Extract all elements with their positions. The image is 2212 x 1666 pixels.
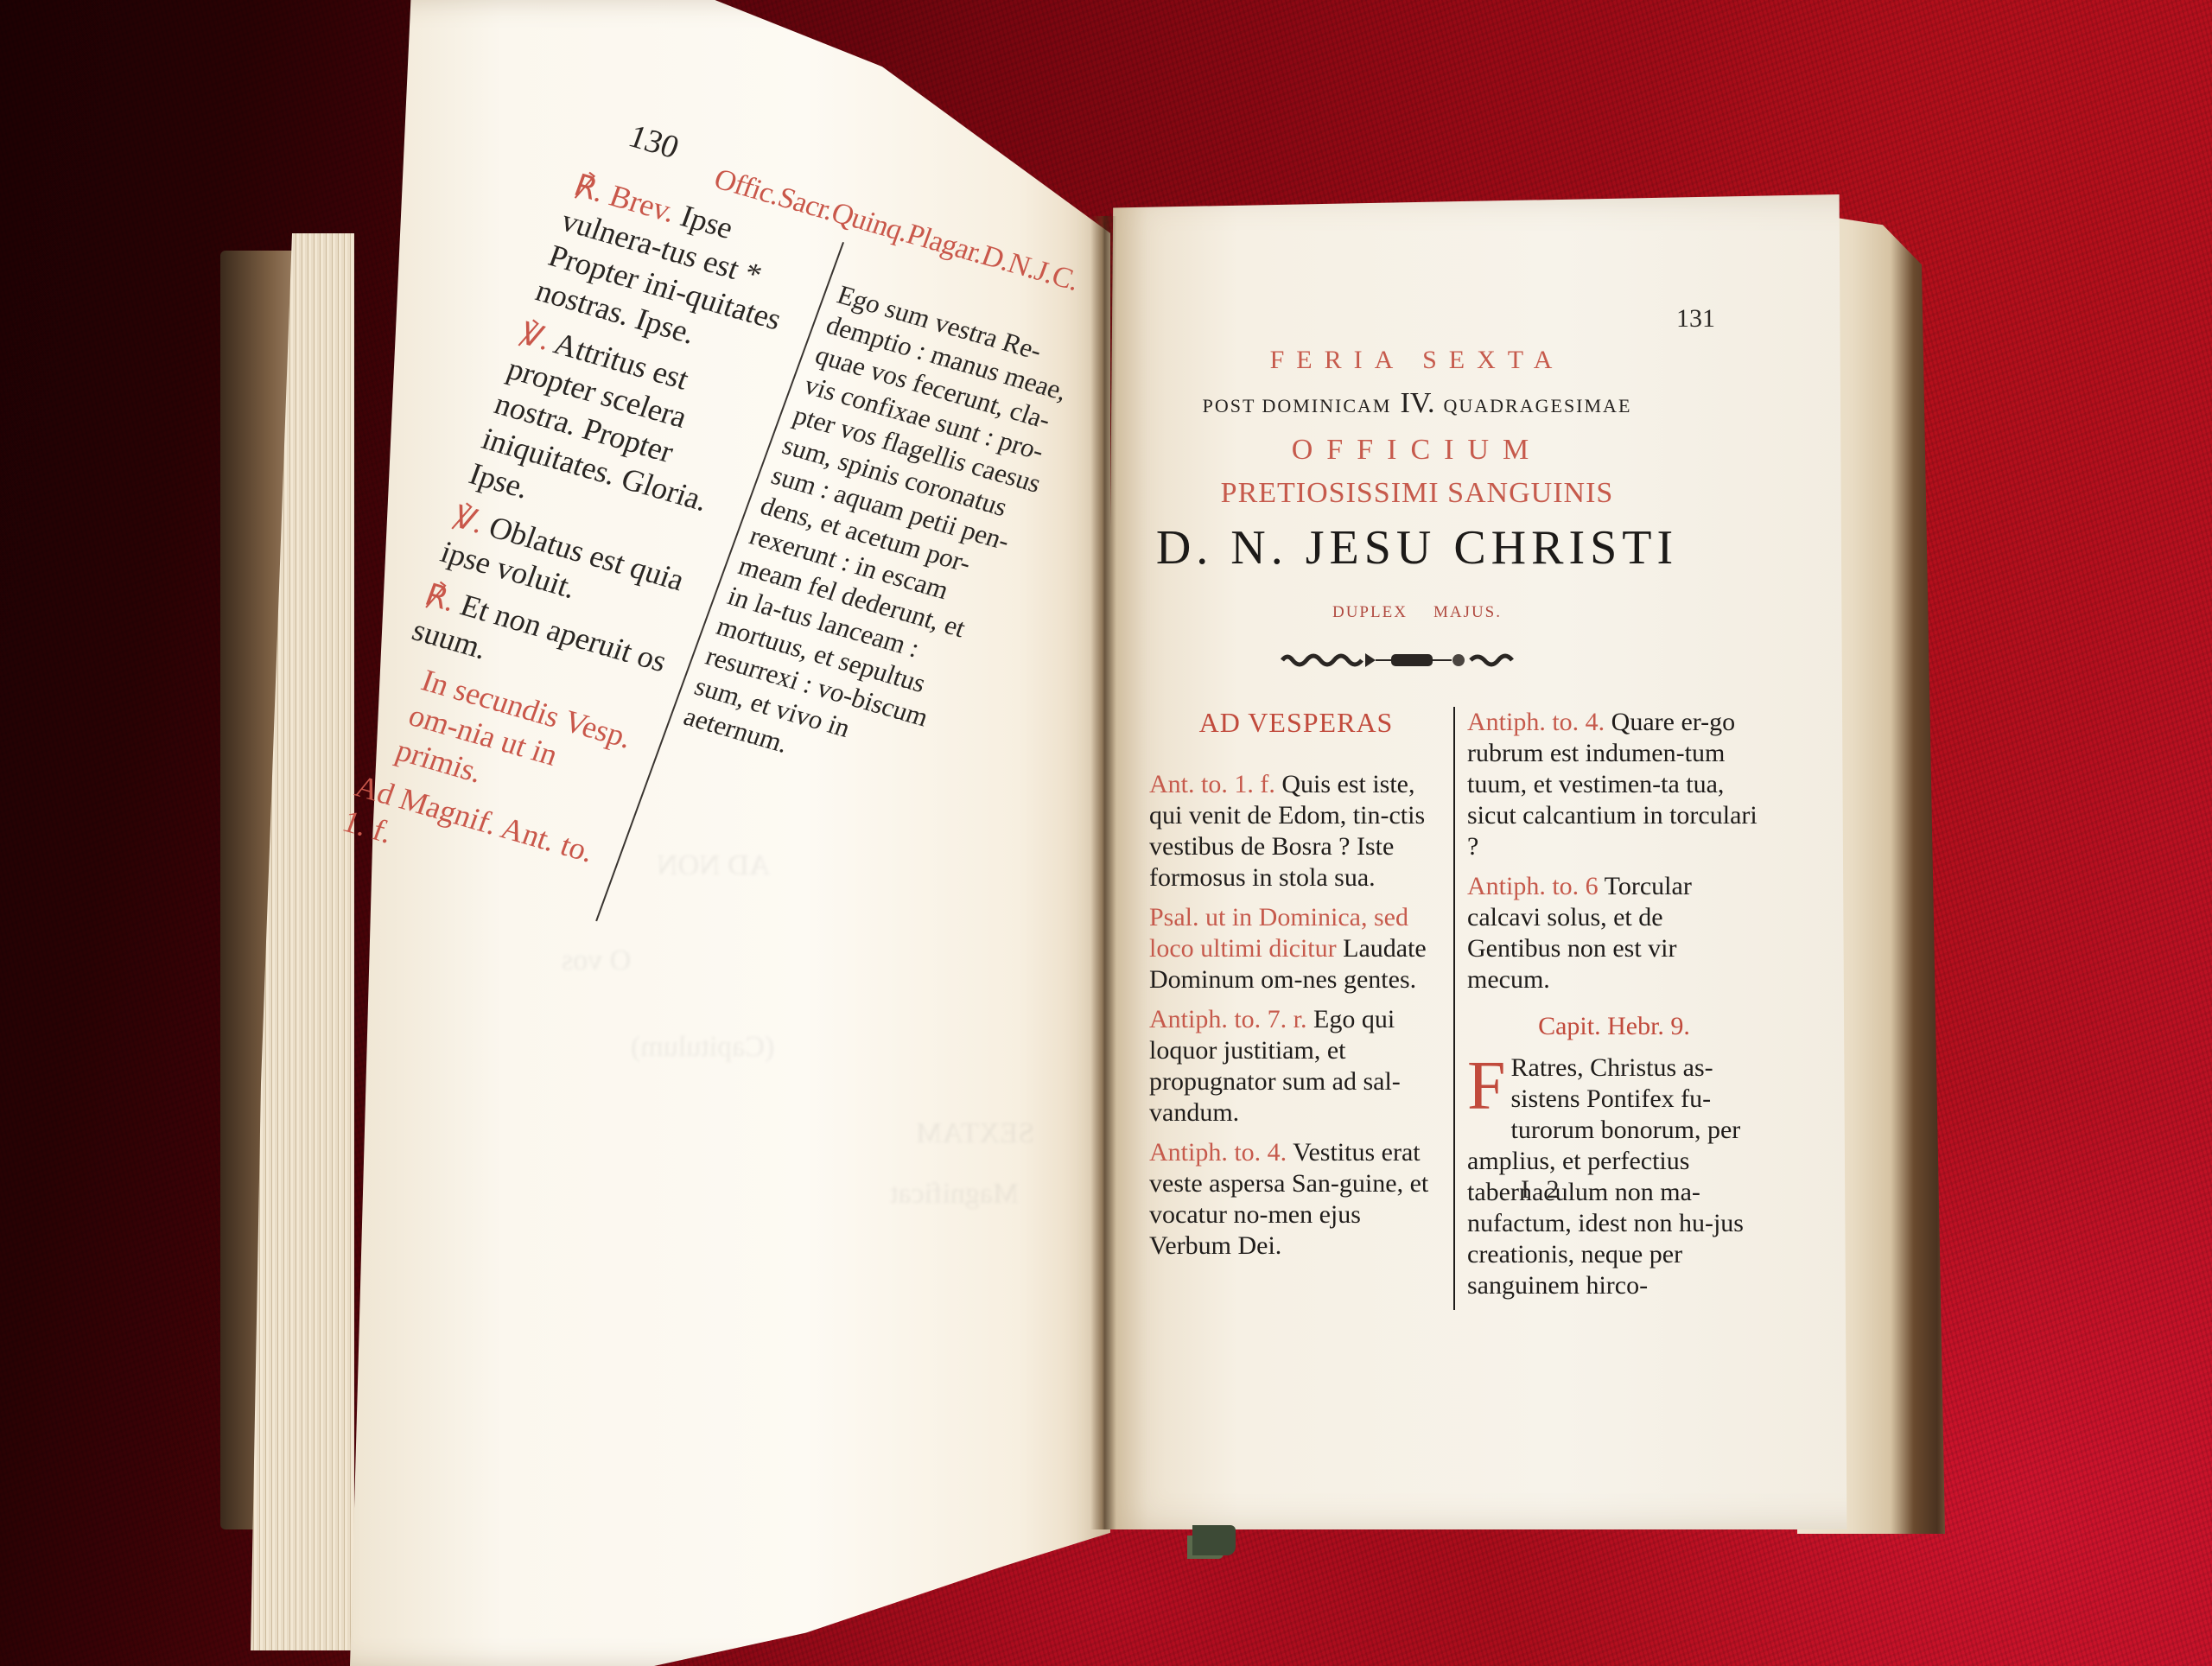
bleed-through-text: SEXTAM xyxy=(916,1115,1034,1153)
bleed-through-text: Magnificat xyxy=(890,1175,1019,1213)
capitulum-text: Ratres, Christus as-sistens Pontifex fu-… xyxy=(1467,1053,1744,1300)
bleed-through-text: (Capitulum) xyxy=(631,1028,774,1066)
rubric: Antiph. to. 4. xyxy=(1467,708,1605,736)
title-text: QUADRAGESIMAE xyxy=(1444,395,1632,416)
rubric: Ant. to. 1. f. xyxy=(1149,770,1275,798)
right-column-a: AD VESPERAS Ant. to. 1. f. Quis est iste… xyxy=(1149,707,1455,1310)
title-jesu-christi: D. N. JESU CHRISTI xyxy=(1149,520,1685,575)
title-pretiosissimi: PRETIOSISSIMI SANGUINIS xyxy=(1149,477,1685,510)
title-post-dominicam: POST DOMINICAMIV.QUADRAGESIMAE xyxy=(1149,387,1685,420)
rubric: Antiph. to. 6 xyxy=(1467,872,1599,900)
capitulum-heading: Capit. Hebr. 9. xyxy=(1467,1011,1761,1042)
title-text: POST DOMINICAM xyxy=(1203,395,1392,416)
rank-text: DUPLEX xyxy=(1332,603,1408,621)
section-title: AD VESPERAS xyxy=(1149,707,1443,738)
book-gutter xyxy=(1090,216,1116,1529)
title-roman: IV. xyxy=(1392,387,1444,419)
page-number: 131 xyxy=(1676,304,1715,334)
feast-rank: DUPLEXMAJUS. xyxy=(1149,603,1685,622)
rank-text: MAJUS. xyxy=(1433,603,1502,621)
ribbon-bookmark xyxy=(1192,1525,1236,1555)
drop-cap: F xyxy=(1467,1056,1506,1116)
decorative-scroll-rule-icon xyxy=(1279,648,1555,672)
right-column-b: Antiph. to. 4. Quare er-go rubrum est in… xyxy=(1455,707,1761,1310)
title-officium: OFFICIUM xyxy=(1149,434,1685,467)
title-feria: FERIA SEXTA xyxy=(1149,346,1685,375)
bleed-through-text: O vos xyxy=(562,942,631,980)
rubric: Antiph. to. 4. xyxy=(1149,1138,1287,1167)
rubric: Antiph. to. 7. r. xyxy=(1149,1005,1307,1033)
signature-mark: I 2 xyxy=(1521,1175,1565,1205)
open-book: AD NON O vos (Capitulum) SEXTAM Magnific… xyxy=(0,0,2212,1666)
